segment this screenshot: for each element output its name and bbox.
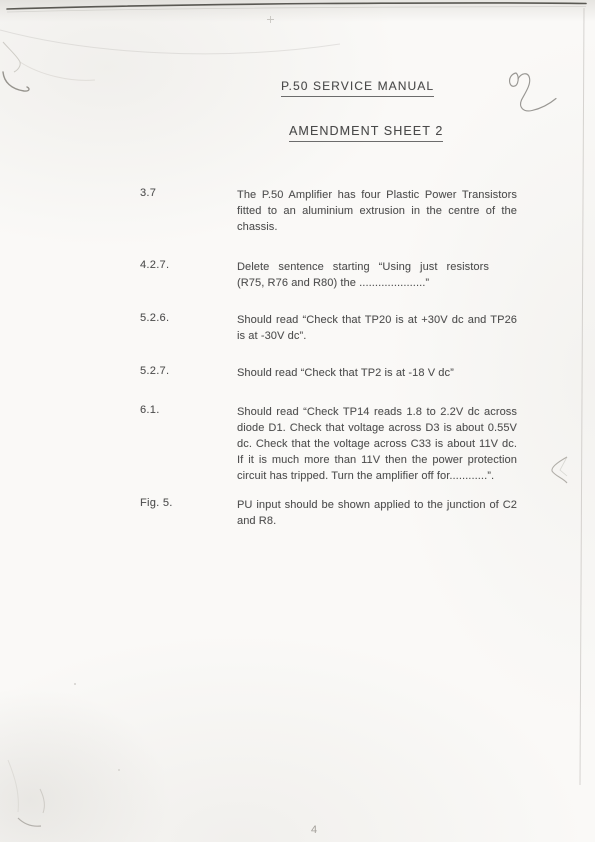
registration-plus-mark: [267, 16, 274, 23]
amendment-text: Should read “Check that TP2 is at -18 V …: [237, 365, 517, 381]
amendment-text: The P.50 Amplifier has four Plastic Powe…: [237, 187, 517, 235]
amendment-ref: 6.1.: [140, 404, 237, 416]
amendment-text: Should read “Check that TP20 is at +30V …: [237, 312, 517, 344]
amendment-ref: Fig. 5.: [140, 497, 237, 509]
scanned-document-page: P.50 SERVICE MANUAL AMENDMENT SHEET 2 3.…: [0, 0, 595, 842]
amendment-item: 6.1. Should read “Check TP14 reads 1.8 t…: [140, 404, 520, 484]
amendment-item: 3.7 The P.50 Amplifier has four Plastic …: [140, 187, 520, 235]
page-top-edge-shadow: [7, 7, 586, 13]
amendment-item: Fig. 5. PU input should be shown applied…: [140, 497, 520, 529]
paper-tear-mark: [552, 457, 567, 483]
amendment-item: 4.2.7. Delete sentence starting “Using j…: [140, 259, 520, 291]
right-paper-edge: [580, 8, 584, 785]
amendment-ref: 4.2.7.: [140, 259, 237, 271]
amendment-ref: 3.7: [140, 187, 237, 199]
amendment-text: PU input should be shown applied to the …: [237, 497, 517, 529]
amendment-text: Delete sentence starting “Using just res…: [237, 259, 489, 291]
page-number: 4: [306, 824, 322, 836]
amendment-ref: 5.2.6.: [140, 312, 237, 324]
amendment-ref: 5.2.7.: [140, 365, 237, 377]
page-top-edge-line: [7, 3, 586, 9]
document-title: P.50 SERVICE MANUAL: [281, 79, 434, 97]
amendment-item: 5.2.6. Should read “Check that TP20 is a…: [140, 312, 520, 344]
paper-speck: [118, 769, 120, 771]
amendment-text: Should read “Check TP14 reads 1.8 to 2.2…: [237, 404, 517, 484]
amendment-item: 5.2.7. Should read “Check that TP2 is at…: [140, 365, 520, 381]
document-subtitle: AMENDMENT SHEET 2: [289, 124, 443, 142]
paper-speck: [74, 683, 76, 685]
bottom-crease: [8, 760, 44, 826]
